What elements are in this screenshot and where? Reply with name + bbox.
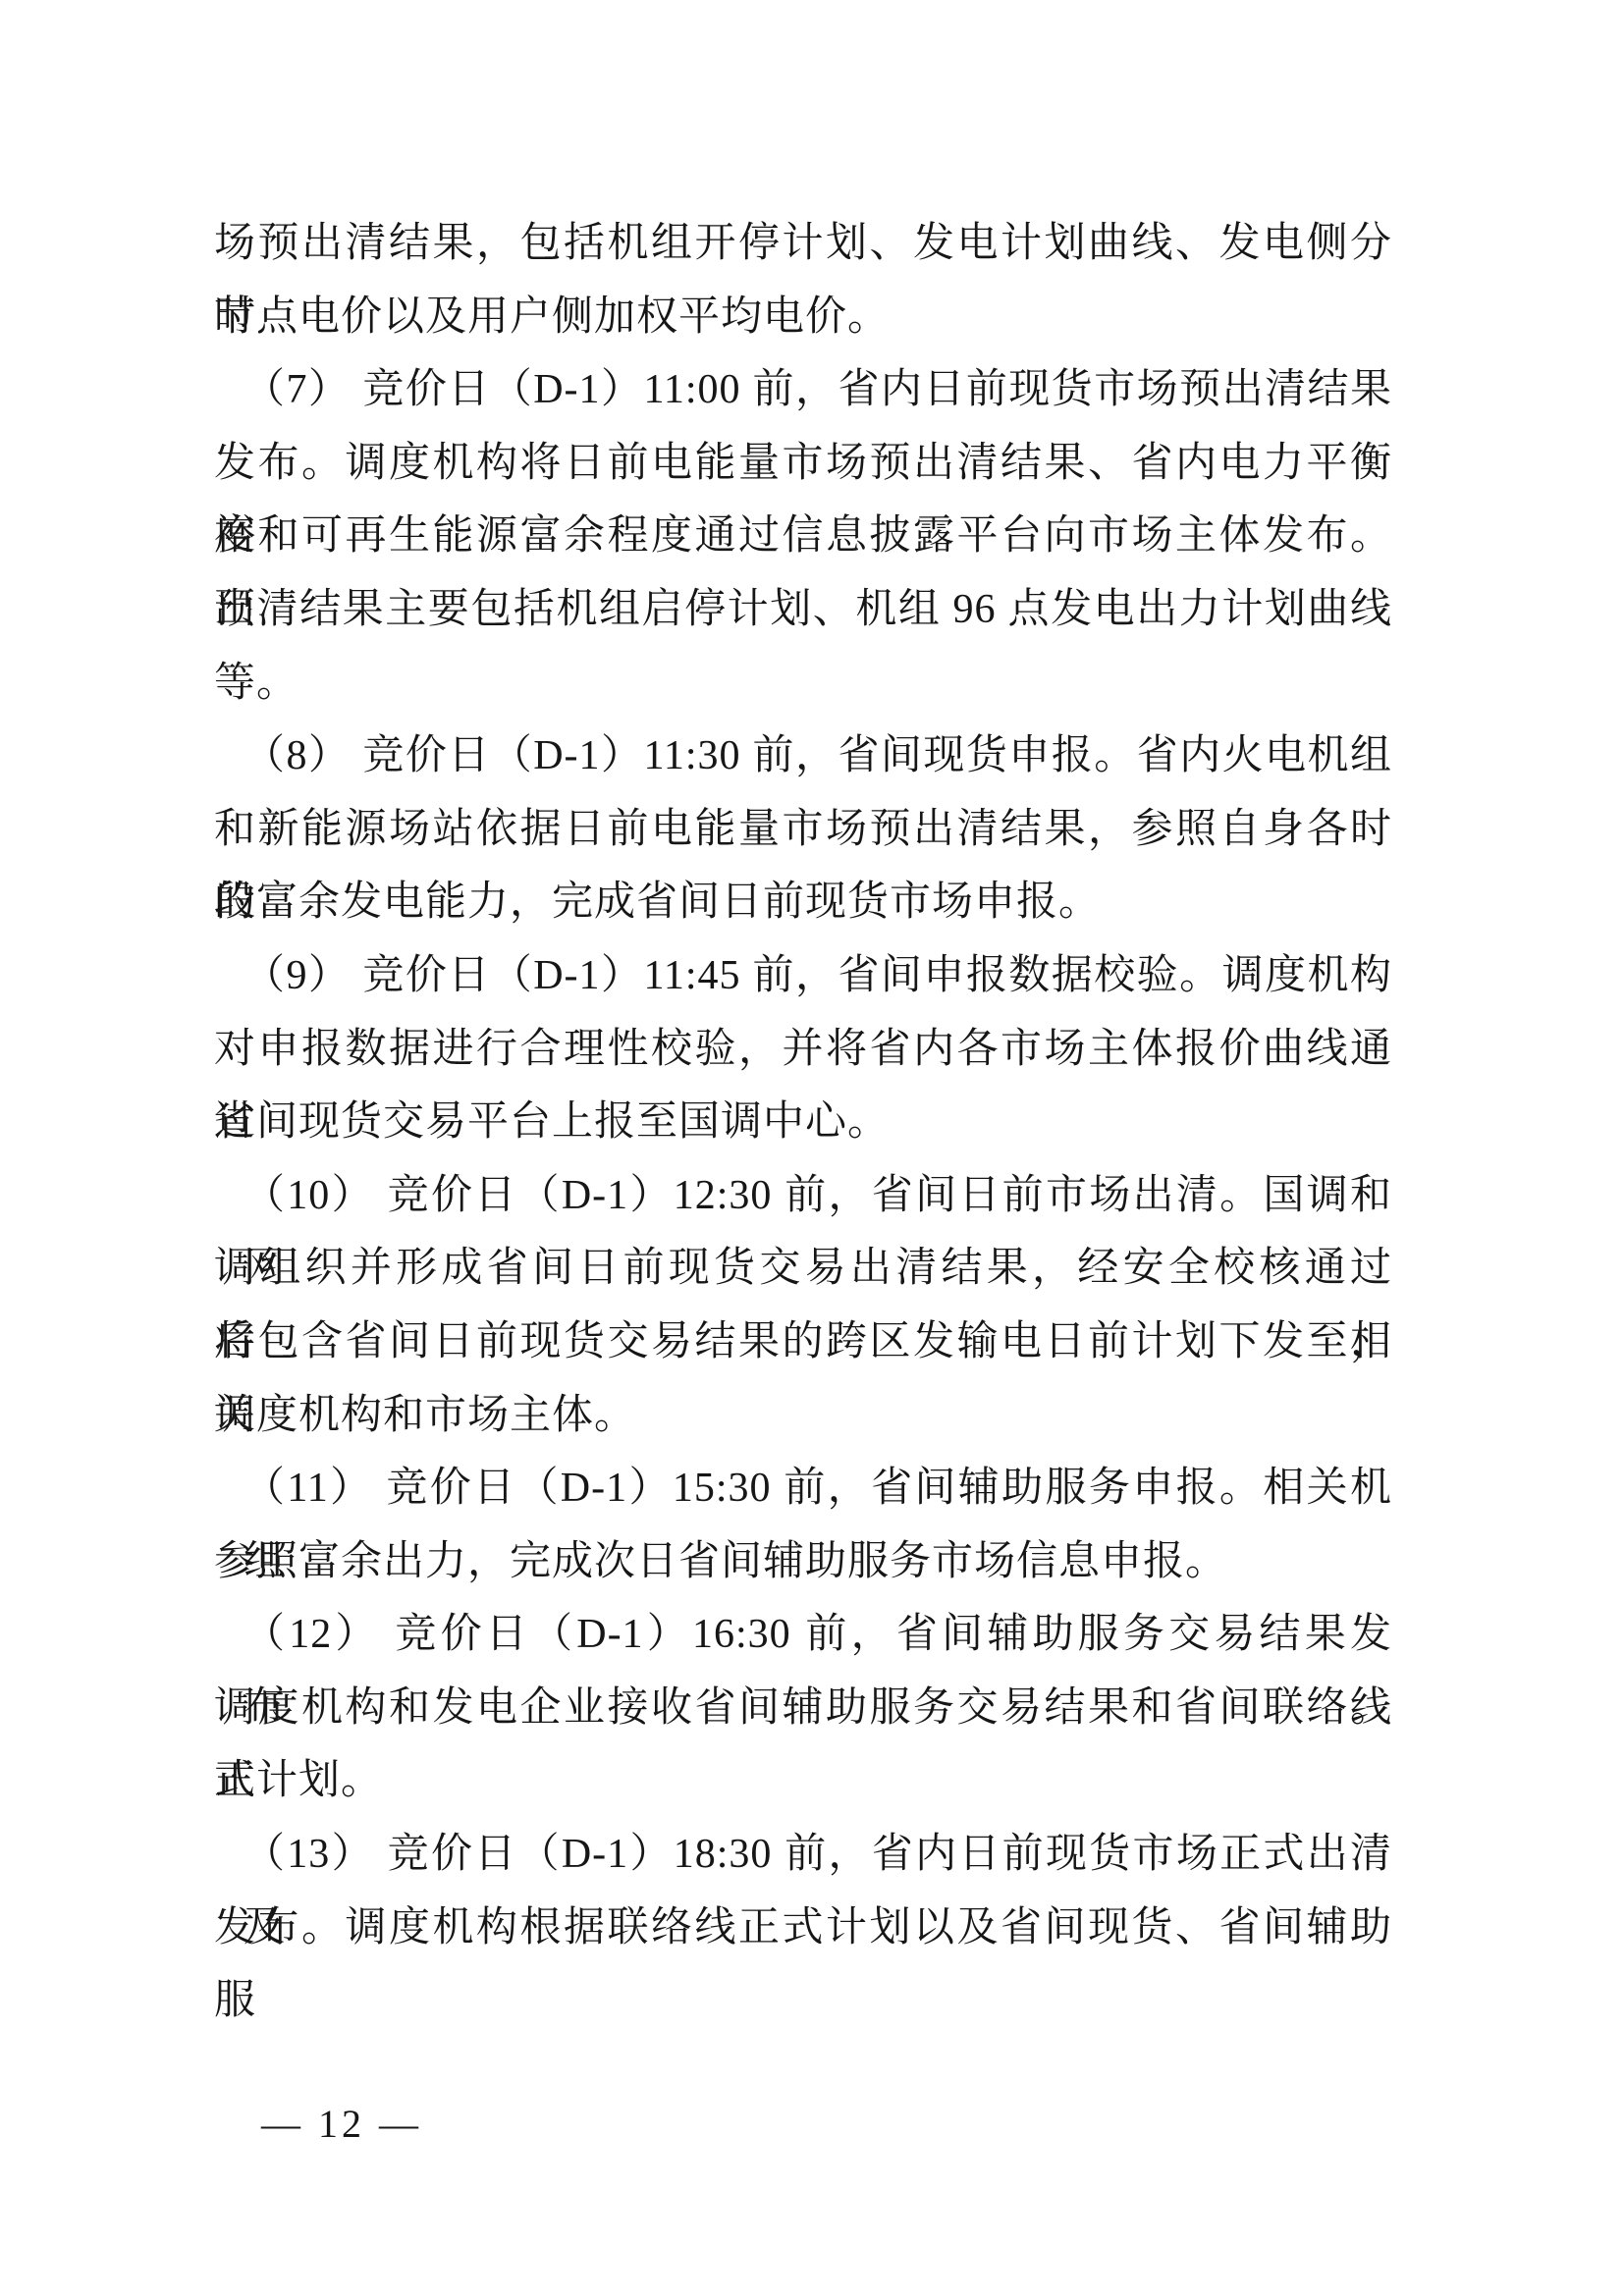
document-page: 场预出清结果，包括机组开停计划、发电计划曲线、发电侧分时 节点电价以及用户侧加权… xyxy=(0,0,1623,2296)
page-number: — 12 — xyxy=(261,2101,422,2147)
text-line: （8） 竞价日（D-1）11:30 前，省间现货申报。省内火电机组 xyxy=(214,720,1392,793)
text-line: 度和可再生能源富余程度通过信息披露平台向市场主体发布。预 xyxy=(214,500,1392,573)
document-body: 场预出清结果，包括机组开停计划、发电计划曲线、发电侧分时 节点电价以及用户侧加权… xyxy=(214,207,1392,1964)
text-line: （9） 竞价日（D-1）11:45 前，省间申报数据校验。调度机构 xyxy=(214,939,1392,1013)
text-line: 调度机构和市场主体。 xyxy=(214,1379,1392,1453)
text-line: （7） 竞价日（D-1）11:00 前，省内日前现货市场预出清结果 xyxy=(214,353,1392,427)
text-line: 和新能源场站依据日前电能量市场预出清结果，参照自身各时段 xyxy=(214,793,1392,867)
text-line: 将包含省间日前现货交易结果的跨区发输电日前计划下发至相关 xyxy=(214,1306,1392,1379)
text-line: 节点电价以及用户侧加权平均电价。 xyxy=(214,281,1392,354)
text-line: 对申报数据进行合理性校验，并将省内各市场主体报价曲线通过 xyxy=(214,1013,1392,1087)
text-line: 的富余发电能力，完成省间日前现货市场申报。 xyxy=(214,866,1392,939)
text-line: （13） 竞价日（D-1）18:30 前，省内日前现货市场正式出清及 xyxy=(214,1818,1392,1892)
text-line: 参照富余出力，完成次日省间辅助服务市场信息申报。 xyxy=(214,1525,1392,1599)
text-line: 等。 xyxy=(214,647,1392,721)
text-line: 调组织并形成省间日前现货交易出清结果，经安全校核通过后， xyxy=(214,1232,1392,1306)
text-line: 调度机构和发电企业接收省间辅助服务交易结果和省间联络线正 xyxy=(214,1672,1392,1745)
text-line: 发布。调度机构根据联络线正式计划以及省间现货、省间辅助服 xyxy=(214,1892,1392,1965)
text-line: 省间现货交易平台上报至国调中心。 xyxy=(214,1086,1392,1159)
text-line: （12） 竞价日（D-1）16:30 前，省间辅助服务交易结果发布。 xyxy=(214,1598,1392,1672)
text-line: 式计划。 xyxy=(214,1744,1392,1818)
text-line: （11） 竞价日（D-1）15:30 前，省间辅助服务申报。相关机组 xyxy=(214,1452,1392,1525)
text-line: 发布。调度机构将日前电能量市场预出清结果、省内电力平衡裕 xyxy=(214,427,1392,501)
text-line: 出清结果主要包括机组启停计划、机组 96 点发电出力计划曲线 xyxy=(214,573,1392,647)
text-line: 场预出清结果，包括机组开停计划、发电计划曲线、发电侧分时 xyxy=(214,207,1392,281)
text-line: （10） 竞价日（D-1）12:30 前，省间日前市场出清。国调和网 xyxy=(214,1159,1392,1233)
